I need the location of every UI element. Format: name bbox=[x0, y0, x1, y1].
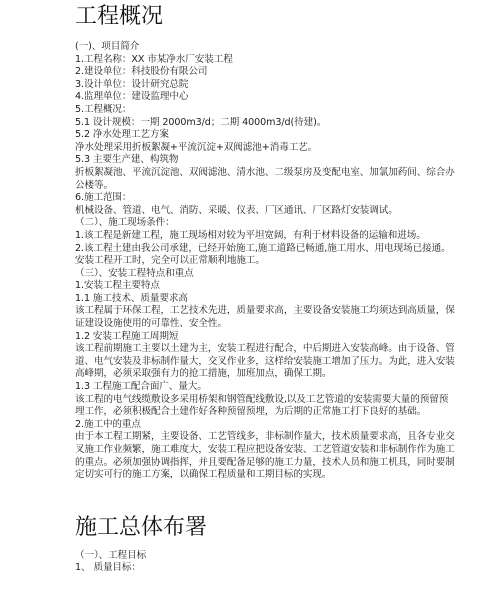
main-structures-text-cont: 公楼等。 bbox=[75, 180, 427, 193]
feature-1-1-heading: 1.1 施工技术、质量要求高 bbox=[75, 293, 427, 306]
section-title-overview: 工程概况 bbox=[75, 3, 427, 31]
process-plan-text: 净水处理采用折板絮凝+平流沉淀+双阀滤池+消毒工艺。 bbox=[75, 142, 427, 155]
feature-1-3-text: 该工程的电气线缆敷设多采用桥架和钢管配线敷设,以及工艺管道的安装需要大量的预留预 bbox=[75, 394, 427, 407]
supervision-unit: 4.监理单位：建设监理中心 bbox=[75, 91, 427, 104]
key-points-text-cont: 叉施工作业频繁，施工难度大，安装工程应把设备安装、工艺管道安装和非标制作作为施工 bbox=[75, 444, 427, 457]
design-scale: 5.1 设计规模：一期 2000m3/d；二期 4000m3/d(待建)。 bbox=[75, 117, 427, 130]
feature-1-3-text-cont: 埋工作，必须积极配合土建作好各种预留预埋，为后期的正常施工打下良好的基础。 bbox=[75, 406, 427, 419]
section-body-deployment: （一）、工程目标 1、 质量目标： bbox=[75, 550, 427, 575]
feature-1-2-text-cont: 道、电气安装及非标制作量大，交叉作业多，这样给安装施工增加了压力。为此，进入安装 bbox=[75, 356, 427, 369]
subheading-site-conditions: （二）、施工现场条件： bbox=[75, 217, 427, 230]
feature-1-1-text: 该工程属于环保工程，工艺技术先进，质量要求高，主要设备安装施工均须达到高质量，保 bbox=[75, 305, 427, 318]
scope-text: 机械设备、管道、电气、消防、采暖、仪表、厂区通讯、厂区路灯安装调试。 bbox=[75, 205, 427, 218]
feature-1-2-text-cont2: 高峰期，必须采取强有力的抢工措施，加班加点，确保工期。 bbox=[75, 368, 427, 381]
document-page: 工程概况 (一)、项目简介 1.工程名称：XX 市某净水厂安装工程 2.建设单位… bbox=[75, 0, 427, 575]
process-plan-heading: 5.2 净水处理工艺方案 bbox=[75, 129, 427, 142]
site-condition-2-cont: 安装工程开工时，完全可以正常顺利地施工。 bbox=[75, 255, 427, 268]
main-features-heading: 1.安装工程主要特点 bbox=[75, 280, 427, 293]
subheading-project-goals: （一）、工程目标 bbox=[75, 550, 427, 563]
project-name: 1.工程名称：XX 市某净水厂安装工程 bbox=[75, 54, 427, 67]
key-points-text: 由于本工程工期紧，主要设备、工艺管线多，非标制作量大，技术质量要求高，且各专业交 bbox=[75, 431, 427, 444]
site-condition-1: 1.该工程是新建工程，施工现场相对较为平坦宽阔，有利于材料设备的运输和进场。 bbox=[75, 230, 427, 243]
feature-1-3-heading: 1.3 工程施工配合面广、量大。 bbox=[75, 381, 427, 394]
quality-goal-label: 1、 质量目标： bbox=[75, 562, 427, 575]
site-condition-2: 2.该工程土建由我公司承建，已经开始施工,施工道路已畅通,施工用水、用电现场已接… bbox=[75, 243, 427, 256]
design-unit: 3.设计单位：设计研究总院 bbox=[75, 79, 427, 92]
key-points-heading: 2.施工中的重点 bbox=[75, 419, 427, 432]
main-structures-heading: 5.3 主要生产建、构筑物 bbox=[75, 154, 427, 167]
section-title-deployment: 施工总体布署 bbox=[75, 514, 427, 542]
main-structures-text: 折板絮凝池、平流沉淀池、双阀滤池、清水池、二级泵房及变配电室、加氯加药间、综合办 bbox=[75, 167, 427, 180]
feature-1-1-text-cont: 证建设设施使用的可靠性、安全性。 bbox=[75, 318, 427, 331]
feature-1-2-heading: 1.2 安装工程施工周期短 bbox=[75, 331, 427, 344]
key-points-text-cont2: 的重点。必须加强协调指挥，并且要配备足够的施工力量，技术人员和施工机具，同时要制 bbox=[75, 457, 427, 470]
project-overview-label: 5.工程概况： bbox=[75, 104, 427, 117]
scope-heading: 6.施工范围： bbox=[75, 192, 427, 205]
key-points-text-cont3: 定切实可行的施工方案，以确保工程质量和工期目标的实现。 bbox=[75, 469, 427, 482]
construction-unit: 2.建设单位：科技股份有限公司 bbox=[75, 66, 427, 79]
subheading-project-intro: (一)、项目简介 bbox=[75, 41, 427, 54]
section-body-overview: (一)、项目简介 1.工程名称：XX 市某净水厂安装工程 2.建设单位：科技股份… bbox=[75, 41, 427, 482]
subheading-features: （三）、安装工程特点和重点 bbox=[75, 268, 427, 281]
feature-1-2-text: 该工程前期施工主要以土建为主，安装工程进行配合，中后期进入安装高峰。由于设备、管 bbox=[75, 343, 427, 356]
